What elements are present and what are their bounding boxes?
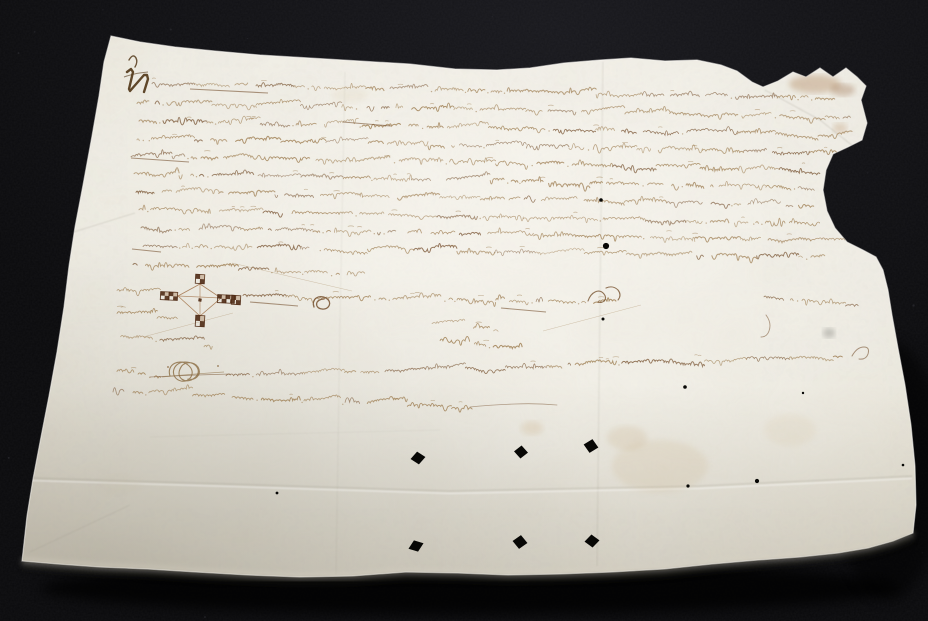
point-mark [302,274,303,275]
point-mark [775,117,776,118]
round-hole [686,484,689,487]
point-mark [422,128,423,129]
point-mark [682,133,683,134]
point-mark [192,248,193,249]
point-mark [567,166,568,167]
point-mark [211,248,212,249]
point-mark [643,238,644,239]
point-mark [454,301,455,302]
point-mark [215,123,216,124]
point-mark [519,183,520,184]
dust-speck [247,38,248,39]
point-mark [355,215,356,216]
point-mark [196,176,197,177]
dust-speck [776,31,778,33]
point-mark [489,347,490,348]
point-mark [731,98,732,99]
stain [332,87,368,103]
point-mark [548,130,549,131]
point-mark [292,125,293,126]
checker-cell [218,295,222,299]
checker-cell [173,296,177,300]
point-mark [753,223,754,224]
photo-stage [0,0,928,621]
point-mark [446,163,447,164]
dust-speck [8,457,10,459]
dust-speck [204,616,206,618]
stain [521,421,543,435]
point-mark [320,250,321,251]
point-mark [147,211,148,212]
stain [607,426,647,450]
round-hole [755,479,759,483]
point-mark [578,303,579,304]
point-mark [145,394,146,395]
dust-speck [912,304,914,306]
point-mark [360,126,361,127]
checker-cell [165,296,169,300]
parchment-corner-shade [0,0,928,621]
knot-dot [217,365,219,367]
point-mark [797,300,798,301]
point-mark [371,180,372,181]
stain [98,475,142,495]
point-mark [252,376,253,377]
dust-speck [492,16,493,17]
round-hole [902,464,905,467]
point-mark [444,301,445,302]
point-mark [761,224,762,225]
point-mark [806,259,807,260]
point-mark [179,247,180,248]
dust-speck [867,172,869,174]
point-mark [308,88,309,89]
point-mark [431,91,432,92]
checker-cell [236,300,241,305]
round-hole [603,243,609,249]
point-mark [642,185,643,186]
checker-cell [169,292,173,296]
point-mark [143,140,144,141]
point-mark [331,275,332,276]
point-mark [476,111,477,112]
point-mark [731,205,732,206]
point-mark [374,299,375,300]
knot-dot [167,366,169,368]
stain [764,414,816,446]
point-mark [207,176,208,177]
checker-cell [200,321,205,327]
point-mark [465,92,466,93]
stain [210,530,270,550]
point-mark [507,182,508,183]
round-hole [802,392,804,394]
checker-cell-light [236,296,241,301]
round-hole [599,198,603,202]
stain [831,84,855,96]
dust-speck [690,33,691,34]
point-mark [383,233,384,234]
point-mark [797,99,798,100]
point-mark [187,158,188,159]
dust-speck [170,28,172,30]
point-mark [794,188,795,189]
point-mark [504,93,505,94]
checker-cell-light [173,292,177,296]
signum-center [198,298,202,302]
point-mark [588,149,589,150]
checker-cell [161,292,165,296]
dust-speck [762,79,765,82]
point-mark [682,186,683,187]
point-mark [256,400,257,401]
point-mark [480,218,481,219]
point-mark [162,104,163,105]
checker-cell-light [165,292,169,296]
checker-cell [232,295,237,300]
point-mark [811,99,812,100]
round-hole [602,318,605,321]
point-mark [374,233,375,234]
point-mark [149,140,150,141]
point-mark [600,220,601,221]
stain [823,328,835,338]
round-hole [683,385,687,389]
checker-cell-light [222,295,226,299]
point-mark [322,232,323,233]
dust-speck [34,31,36,33]
checker-cell [196,274,201,279]
point-mark [487,92,488,93]
checker-cell [200,279,205,284]
point-mark [618,364,619,365]
point-mark [356,108,357,109]
point-mark [389,300,390,301]
point-mark [342,404,343,405]
checker-cell [196,315,201,321]
point-mark [159,122,160,123]
parchment [0,0,928,621]
dust-speck [102,9,103,10]
point-mark [706,222,707,223]
parchment-surface [0,0,928,621]
parchment-photograph [0,0,928,621]
round-hole [276,492,279,495]
point-mark [301,402,302,403]
checker-cell-light [200,275,205,280]
checker-cell [222,299,226,303]
point-mark [532,165,533,166]
point-mark [531,302,532,303]
dust-speck [18,52,20,54]
checker-cell-light [200,316,205,322]
point-mark [175,229,176,230]
point-mark [394,162,395,163]
point-mark [483,147,484,148]
checker-cell [226,295,230,299]
point-mark [155,341,156,342]
